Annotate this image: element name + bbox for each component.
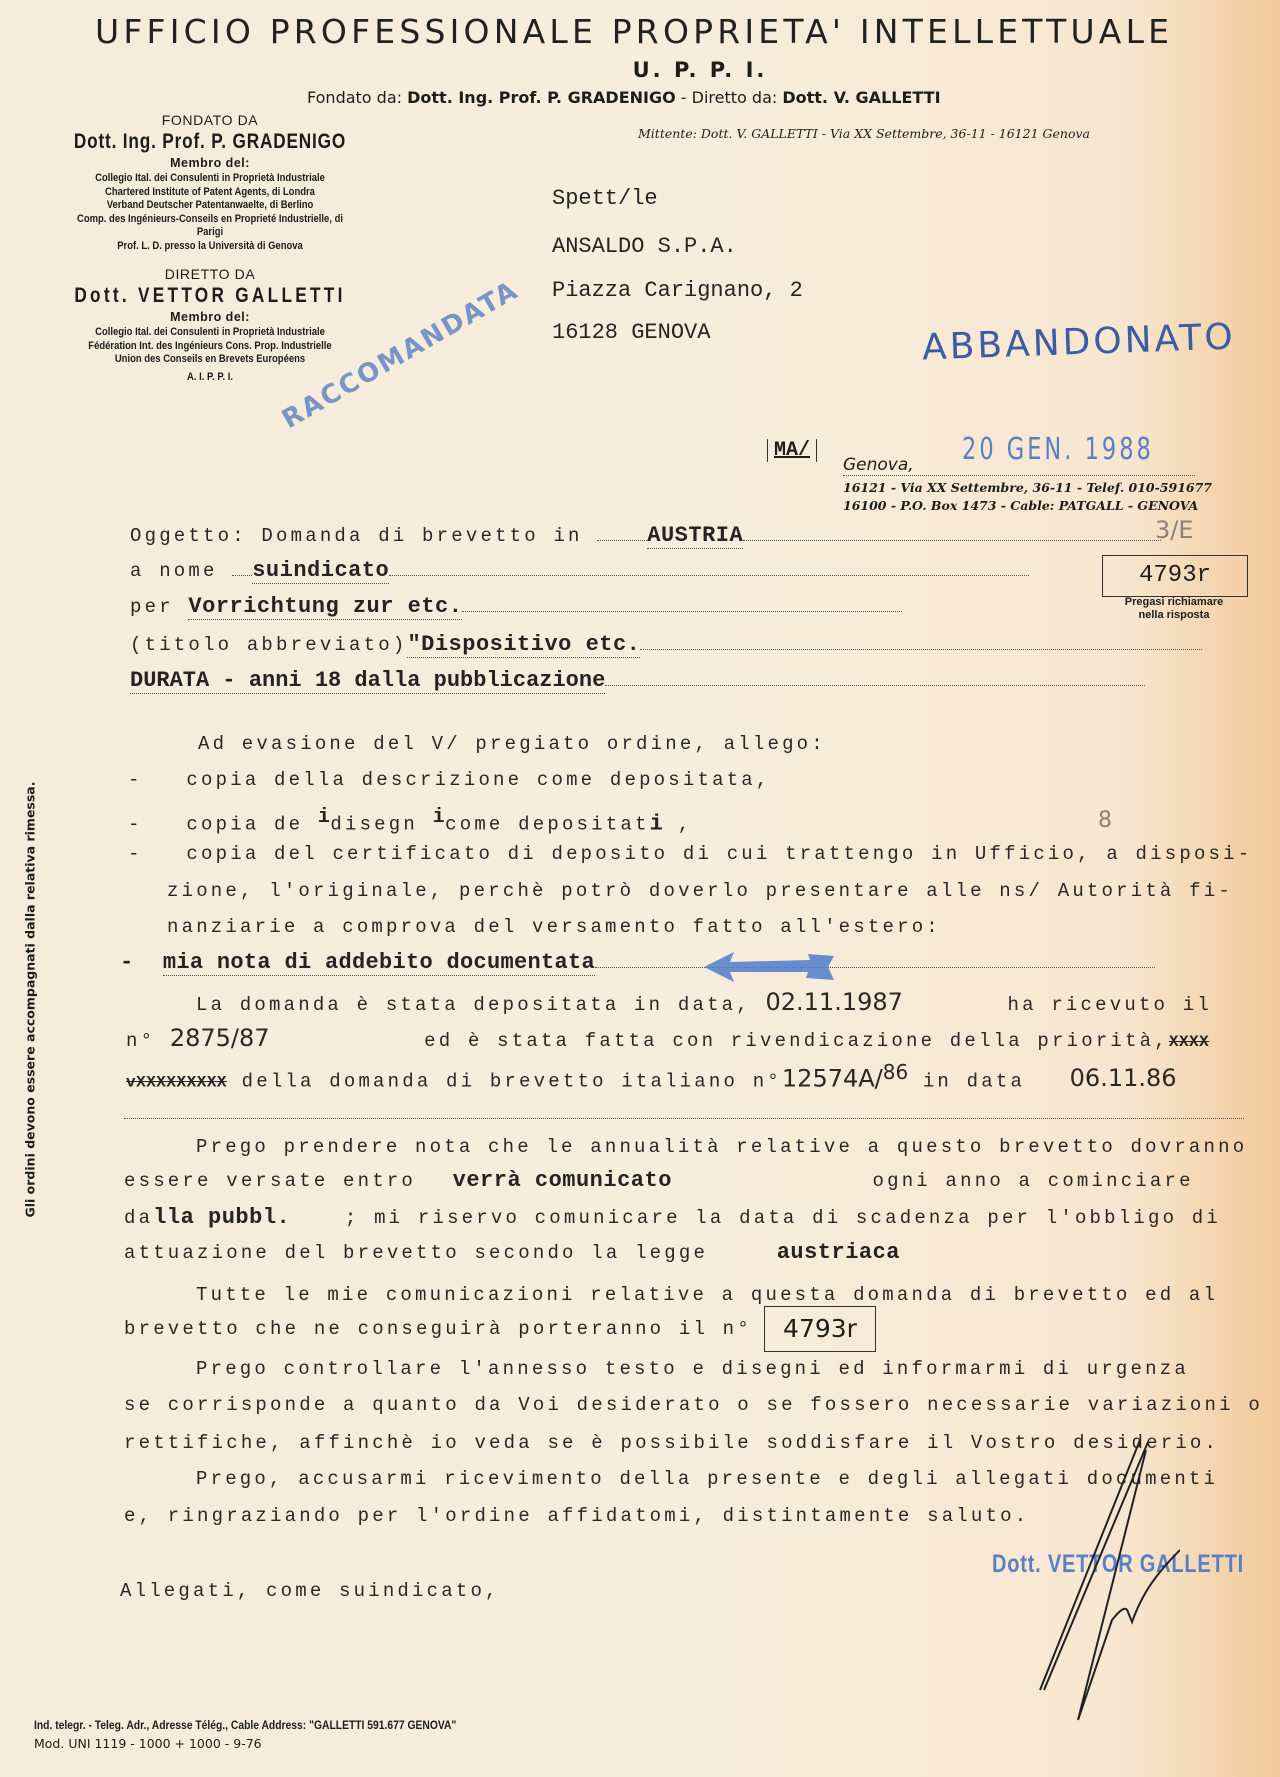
handwritten-signature-icon: [1000, 1440, 1180, 1740]
name-label: a nome: [130, 560, 218, 582]
org-item: Verband Deutscher Patentanwaelte, di Ber…: [64, 199, 356, 213]
annuity-deadline: verrà comunicato: [431, 1168, 672, 1193]
item-text: mia nota di addebito documentata: [163, 950, 595, 976]
filing-line-1: La domanda è stata depositata in data, 0…: [196, 988, 1212, 1016]
duration-line: DURATA - anni 18 dalla pubblicazione: [130, 668, 1145, 693]
filing-text: ed è stata fatta con rivendicazione dell…: [284, 1030, 1169, 1052]
subject-line: Oggetto: Domanda di brevetto in AUSTRIA: [130, 523, 1161, 548]
founder-name: Dott. Ing. Prof. P. GRADENIGO: [71, 130, 350, 154]
org-item: Prof. L. D. presso la Università di Geno…: [64, 240, 356, 254]
applicable-law: austriaca: [723, 1240, 900, 1265]
italian-application-year: 86: [883, 1060, 908, 1084]
org-item: Comp. des Ingénieurs-Conseils en Proprie…: [64, 213, 356, 240]
filing-text: ha ricevuto il: [918, 994, 1212, 1016]
attachments-line: Allegati, come suindicato,: [120, 1580, 500, 1602]
letterhead-acronym: U. P. P. I.: [0, 58, 1280, 82]
contact-line-2: 16100 - P.O. Box 1473 - Cable: PATGALL -…: [843, 498, 1198, 513]
comms-line-2: brevetto che ne conseguirà porteranno il…: [124, 1318, 752, 1340]
attachment-item-continued: nanziarie a comprova del versamento fatt…: [167, 916, 941, 938]
per-line: per Vorrichtung zur etc.: [130, 594, 902, 619]
recipient-company: ANSALDO S.P.A.: [552, 234, 737, 259]
initials: MA/: [774, 439, 810, 462]
item-dash: -: [128, 813, 143, 835]
annuity-text: attuazione del brevetto secondo la legge: [124, 1242, 708, 1264]
org-item: Collegio Ital. dei Consulenti in Proprie…: [64, 172, 356, 186]
annuity-line-2: essere versate entro verrà comunicato og…: [124, 1168, 1194, 1193]
item-insert: i: [433, 806, 446, 829]
annuity-line-1: Prego prendere nota che le annualità rel…: [196, 1136, 1247, 1158]
founder-credentials: FONDATO DA Dott. Ing. Prof. P. GRADENIGO…: [40, 112, 380, 254]
annuity-text: essere versate entro: [124, 1170, 416, 1192]
duration-value: DURATA - anni 18 dalla pubblicazione: [130, 668, 605, 694]
item-dash: -: [128, 769, 143, 791]
filing-text: in data: [923, 1070, 1025, 1092]
annuity-line-3: dalla pubbl. ; mi riservo comunicare la …: [124, 1205, 1221, 1230]
priority-date: 06.11.86: [1040, 1064, 1177, 1092]
reference-number-box: 4793r: [1102, 555, 1248, 597]
struck-text: XXXX: [1169, 1033, 1209, 1051]
org-item: A. I. P. P. I.: [64, 371, 356, 385]
reference-note-line: nella risposta: [1102, 609, 1246, 622]
per-label: per: [130, 596, 174, 618]
annuity-text: da: [124, 1207, 153, 1229]
director-name: Dott. VETTOR GALLETTI: [71, 284, 350, 308]
founder-label: FONDATO DA: [40, 112, 380, 128]
check-line-1: Prego controllare l'annesso testo e dise…: [196, 1358, 1189, 1380]
director-label: DIRETTO DA: [40, 266, 380, 282]
per-value: Vorrichtung zur etc.: [188, 594, 462, 620]
name-line: a nome suindicato: [130, 558, 1029, 583]
item-text: ,: [663, 813, 692, 835]
handwritten-status: ABBANDONATO: [921, 317, 1236, 369]
director-member-label: Membro del:: [40, 310, 380, 324]
pencil-mark: 8: [1098, 808, 1112, 833]
filing-line-3: vXXXXXXXXX della domanda di brevetto ita…: [126, 1060, 1177, 1092]
name-value: suindicato: [252, 558, 389, 584]
divider: [124, 1118, 1244, 1119]
founder-member-label: Membro del:: [40, 156, 380, 170]
directed-name: Dott. V. GALLETTI: [782, 88, 940, 107]
founder-orgs: Collegio Ital. dei Consulenti in Proprie…: [64, 172, 356, 254]
founded-label: Fondato da:: [307, 88, 402, 107]
title-line: (titolo abbreviato)"Dispositivo etc.: [130, 632, 1202, 657]
initials-box: MA/: [767, 439, 817, 462]
subject-country: AUSTRIA: [647, 523, 743, 549]
check-line-2: se corrisponde a quanto da Voi desiderat…: [124, 1394, 1263, 1416]
arrow-left-icon: [700, 948, 840, 986]
intro-line: Ad evasione del V/ pregiato ordine, alle…: [198, 733, 826, 755]
subject-label: Oggetto: Domanda di brevetto in: [130, 525, 583, 547]
director-credentials: DIRETTO DA Dott. VETTOR GALLETTI Membro …: [40, 266, 380, 384]
item-text: disegn: [330, 813, 418, 835]
item-insert: i: [318, 806, 331, 829]
org-item: Collegio Ital. dei Consulenti in Proprie…: [64, 326, 356, 340]
founded-name: Dott. Ing. Prof. P. GRADENIGO: [407, 88, 676, 107]
number-label: n°: [126, 1030, 155, 1052]
org-item: Chartered Institute of Patent Agents, di…: [64, 186, 356, 200]
annuity-text: ogni anno a cominciare: [687, 1170, 1194, 1192]
item-text: copia de: [186, 813, 303, 835]
item-text: copia della descrizione come depositata,: [186, 769, 770, 791]
annuity-start: lla pubbl.: [153, 1205, 290, 1230]
struck-text: vXXXXXXXXX: [126, 1073, 227, 1091]
dateline-place: Genova,: [843, 455, 1195, 476]
filing-date: 02.11.1987: [765, 988, 902, 1016]
reference-number: 4793r: [783, 1314, 857, 1343]
org-item: Union des Conseils en Brevets Européens: [64, 353, 356, 367]
filing-line-2: n° 2875/87 ed è stata fatta con rivendic…: [126, 1024, 1209, 1052]
reference-note: Pregasi richiamare nella risposta: [1102, 596, 1246, 622]
item-text: copia del certificato di deposito di cui…: [186, 843, 1252, 865]
contact-line-1: 16121 - Via XX Settembre, 36-11 - Telef.…: [843, 480, 1212, 495]
recipient-street: Piazza Carignano, 2: [552, 278, 803, 303]
title-label: (titolo abbreviato): [130, 634, 407, 656]
attachment-item: - copia de idisegn icome depositati ,: [128, 806, 692, 836]
closing-line-2: e, ringraziando per l'ordine affidatomi,…: [124, 1505, 1029, 1527]
letterhead-title: UFFICIO PROFESSIONALE PROPRIETA' INTELLE…: [95, 12, 1173, 51]
filing-text: della domanda di brevetto italiano n°: [242, 1070, 782, 1092]
item-insert: i: [650, 811, 664, 836]
recipient-salutation: Spett/le: [552, 186, 658, 211]
annuity-line-4: attuazione del brevetto secondo la legge…: [124, 1240, 900, 1265]
attachment-item: - copia della descrizione come depositat…: [128, 769, 771, 791]
application-number: 2875/87: [170, 1024, 270, 1052]
item-dash: -: [128, 843, 143, 865]
separator: -: [676, 88, 692, 107]
letterhead-founded-line: Fondato da: Dott. Ing. Prof. P. GRADENIG…: [307, 88, 941, 107]
sender-line: Mittente: Dott. V. GALLETTI - Via XX Set…: [638, 126, 1090, 141]
item-dash: -: [120, 950, 134, 975]
recipient-city: 16128 GENOVA: [552, 320, 710, 345]
side-note: Gli ordini devono essere accompagnati da…: [23, 798, 38, 1218]
org-item: Fédération Int. des Ingénieurs Cons. Pro…: [64, 340, 356, 354]
director-orgs: Collegio Ital. dei Consulenti in Proprie…: [64, 326, 356, 384]
comms-line-1: Tutte le mie comunicazioni relative a qu…: [196, 1284, 1218, 1306]
item-text: come depositat: [445, 813, 649, 835]
title-value: "Dispositivo etc.: [407, 632, 640, 658]
filing-text: La domanda è stata depositata in data,: [196, 994, 751, 1016]
attachment-item-continued: zione, l'originale, perchè potrò doverlo…: [167, 880, 1233, 902]
footer-form-code: Mod. UNI 1119 - 1000 + 1000 - 9-76: [34, 1736, 262, 1751]
directed-label: Diretto da:: [692, 88, 778, 107]
footer-cable-address: Ind. telegr. - Teleg. Adr., Adresse Télé…: [34, 1718, 456, 1732]
annuity-text: ; mi riservo comunicare la data di scade…: [305, 1207, 1221, 1229]
reference-note-line: Pregasi richiamare: [1102, 596, 1246, 609]
attachment-item: - mia nota di addebito documentata: [120, 950, 1155, 975]
attachment-item: - copia del certificato di deposito di c…: [128, 843, 1252, 865]
italian-application-number: 12574A/: [782, 1064, 883, 1092]
reference-number-box-2: 4793r: [764, 1306, 876, 1352]
